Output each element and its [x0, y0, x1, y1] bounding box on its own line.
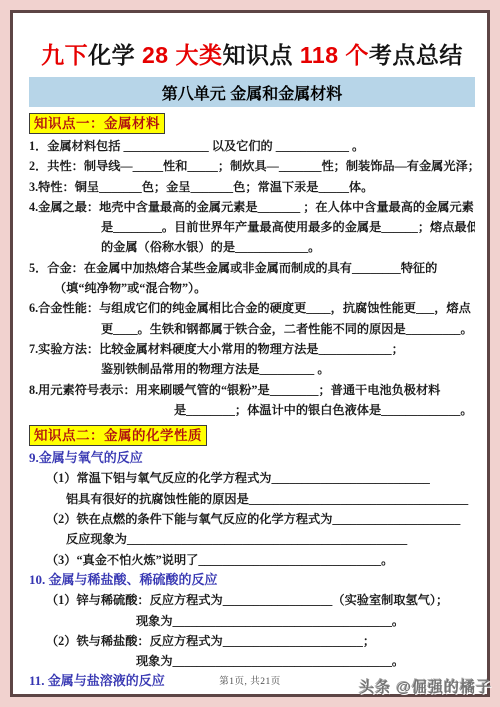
section-9-sub-2: （2）铁在点燃的条件下能与氧气反应的化学方程式为________________…: [46, 509, 475, 529]
unit-header: 第八单元 金属和金属材料: [29, 77, 475, 107]
watermark: 头条 @倔强的橘子: [359, 676, 492, 697]
section-10-sub-2: （2）铁与稀盐酸：反应方程式为_______________________；: [46, 631, 475, 651]
document-page: 九下化学 28 大类知识点 118 个考点总结 第八单元 金属和金属材料 知识点…: [13, 13, 487, 694]
section-9-sub-1: （1）常温下铝与氧气反应的化学方程式为_____________________…: [46, 468, 475, 488]
title-segment: 考点总结: [369, 42, 463, 68]
item-6: 6.合金性能：与组成它们的纯金属相比合金的硬度更____，抗腐蚀性能更___，熔…: [29, 298, 475, 318]
section-10-sub-1-continuation: 现象为____________________________________。: [136, 611, 475, 631]
item-8: 8.用元素符号表示：用来刷暖气管的“银粉”是________；普通干电池负极材料: [29, 380, 475, 400]
knowledge-point-1-label: 知识点一：金属材料: [29, 113, 165, 134]
item-4-continuation: 的金属（俗称水银）的是____________。: [101, 237, 475, 257]
item-6-continuation: 更____。生铁和钢都属于铁合金，二者性能不同的原因是_________。: [101, 319, 475, 339]
section-10-sub-1: （1）锌与稀硫酸：反应方程式为__________________（实验室制取氢…: [46, 590, 475, 610]
item-5: 5．合金：在金属中加热熔合某些金属或非金属而制成的具有________特征的: [29, 258, 475, 278]
knowledge-point-2-label: 知识点二：金属的化学性质: [29, 425, 207, 446]
item-8-continuation: 是________；体温计中的银白色液体是_____________。: [174, 400, 475, 420]
knowledge-point-2-row: 知识点二：金属的化学性质: [29, 425, 475, 446]
title-segment: 九下: [41, 42, 88, 68]
section-9-sub-2-continuation: 反应现象为___________________________________…: [66, 529, 475, 549]
section-10-heading: 10. 金属与稀盐酸、稀硫酸的反应: [29, 570, 475, 590]
document-title: 九下化学 28 大类知识点 118 个考点总结: [29, 37, 475, 70]
page-frame: 九下化学 28 大类知识点 118 个考点总结 第八单元 金属和金属材料 知识点…: [10, 10, 490, 697]
item-2: 2．共性：制导线—_____性和_____；制炊具—_______性；制装饰品—…: [29, 156, 475, 176]
item-3: 3.特性：铜呈_______色；金呈_______色；常温下汞是_____体。: [29, 177, 475, 197]
section-9-sub-3: （3）“真金不怕火炼”说明了__________________________…: [46, 550, 475, 570]
item-1: 1．金属材料包括 ______________ 以及它们的 __________…: [29, 136, 475, 156]
section-10-sub-2-continuation: 现象为____________________________________。: [136, 651, 475, 671]
title-segment: 知识点: [222, 42, 299, 68]
section-9-sub-1-continuation: 铝具有很好的抗腐蚀性能的原因是_________________________…: [66, 489, 475, 509]
item-7-continuation: 鉴别铁制品常用的物理方法是_________ 。: [101, 359, 475, 379]
item-4-continuation: 是________。目前世界年产量最高使用最多的金属是______；熔点最低: [101, 217, 475, 237]
item-4: 4.金属之最：地壳中含量最高的金属元素是_______ ；在人体中含量最高的金属…: [29, 197, 475, 217]
item-5-continuation: （填“纯净物”或“混合物”）。: [54, 278, 475, 298]
section-9-heading: 9.金属与氧气的反应: [29, 448, 475, 468]
title-segment: 28 大类: [142, 42, 222, 68]
item-7: 7.实验方法：比较金属材料硬度大小常用的物理方法是____________；: [29, 339, 475, 359]
knowledge-point-1-row: 知识点一：金属材料: [29, 113, 475, 134]
title-segment: 118 个: [300, 42, 369, 68]
title-segment: 化学: [88, 42, 142, 68]
